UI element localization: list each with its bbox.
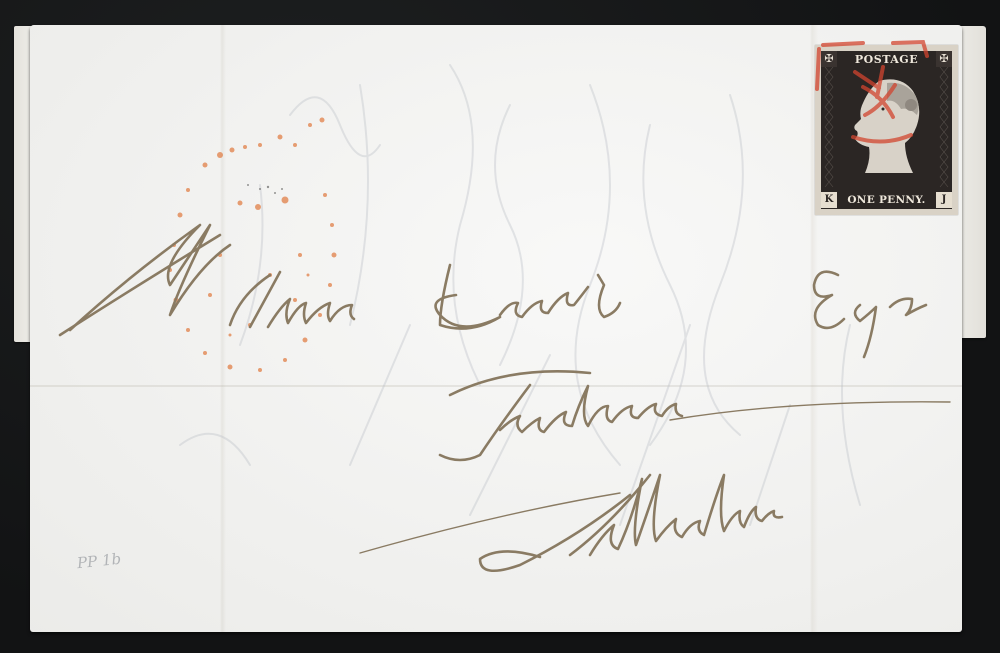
handwritten-address bbox=[30, 25, 962, 632]
folded-letter: ✠ POSTAGE ✠ K ONE PENNY. J bbox=[30, 25, 962, 632]
